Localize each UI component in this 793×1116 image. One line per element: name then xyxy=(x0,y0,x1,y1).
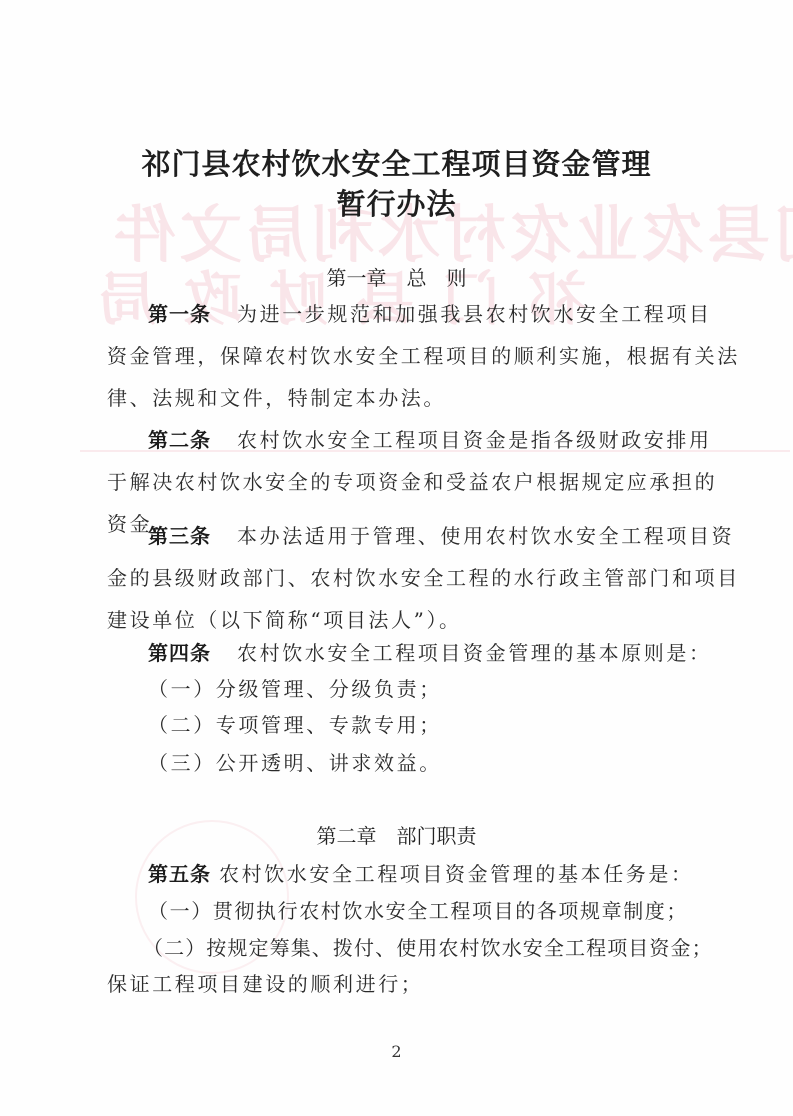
article-1-label: 第一条 xyxy=(148,302,211,326)
article-3-line-2: 金的县级财政部门、农村饮水安全工程的水行政主管部门和项目 xyxy=(107,562,740,591)
article-4-item-1: （一）分级管理、分级负责； xyxy=(148,673,442,702)
article-4-line-1: 第四条农村饮水安全工程项目资金管理的基本原则是： xyxy=(148,637,712,666)
article-3-line-1: 第三条本办法适用于管理、使用农村饮水安全工程项目资 xyxy=(148,520,734,549)
article-1-line-1: 第一条为进一步规范和加强我县农村饮水安全工程项目 xyxy=(148,298,712,327)
article-5-item-1: （一）贯彻执行农村饮水安全工程项目的各项规章制度； xyxy=(148,895,688,924)
article-2-line-2: 于解决农村饮水安全的专项资金和受益农户根据规定应承担的 xyxy=(107,466,717,495)
article-5-line-1: 第五条农村饮水安全工程项目资金管理的基本任务是： xyxy=(148,858,694,887)
article-5-item-2: （二）按规定筹集、拨付、使用农村饮水安全工程项目资金； xyxy=(143,932,713,961)
article-4-item-2: （二）专项管理、专款专用； xyxy=(148,709,442,738)
article-4-label: 第四条 xyxy=(148,641,211,665)
document-page: 祁门县农业农村水利局文件 祁门县财政局 祁门县农村饮水安全工程项目资金管理 暂行… xyxy=(0,0,793,1116)
article-1-line-2: 资金管理，保障农村饮水安全工程项目的顺利实施，根据有关法 xyxy=(107,340,740,369)
document-title-line-1: 祁门县农村饮水安全工程项目资金管理 xyxy=(0,142,793,183)
article-2-line-1: 第二条农村饮水安全工程项目资金是指各级财政安排用 xyxy=(148,424,712,453)
chapter-1-heading: 第一章 总 则 xyxy=(0,262,793,291)
document-title-line-2: 暂行办法 xyxy=(0,182,793,223)
article-1-line-3: 律、法规和文件，特制定本办法。 xyxy=(107,382,446,411)
article-5-continuation: 保证工程项目建设的顺利进行； xyxy=(107,968,423,997)
article-3-line-3: 建设单位（以下简称“项目法人”）。 xyxy=(107,604,462,633)
article-3-label: 第三条 xyxy=(148,524,211,548)
chapter-2-heading: 第二章 部门职责 xyxy=(0,820,793,849)
article-2-label: 第二条 xyxy=(148,428,211,452)
page-number: 2 xyxy=(0,1042,793,1061)
article-4-item-3: （三）公开透明、讲求效益。 xyxy=(148,747,442,776)
article-5-label: 第五条 xyxy=(148,862,211,886)
